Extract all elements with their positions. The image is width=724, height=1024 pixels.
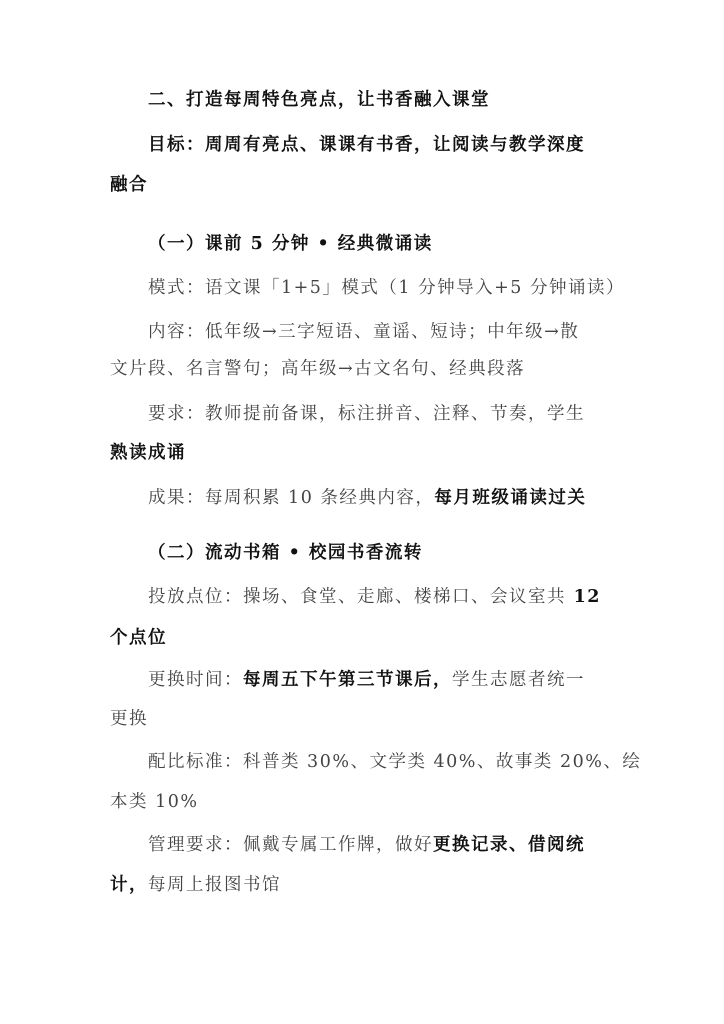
section-title: 二、打造每周特色亮点，让书香融入课堂 [148,88,490,112]
subsection-1-title: （一）课前 5 分钟 • 经典微诵读 [148,232,433,256]
goal-line-1: 目标：周周有亮点、课课有书香，让阅读与教学深度 [148,133,585,157]
time-line-1: 更换时间：每周五下午第三节课后，学生志愿者统一 [148,668,585,692]
mode-text: 模式：语文课「1+5」模式（1 分钟导入+5 分钟诵读） [148,276,625,300]
points-count: 12 [566,587,601,607]
management-line-1: 管理要求：佩戴专属工作牌，做好更换记录、借阅统 [148,833,585,857]
content-line-1: 内容：低年级→三字短语、童谣、短诗；中年级→散 [148,320,579,344]
time-bold: 每周五下午第三节课后， [243,670,452,690]
requirement-line-1: 要求：教师提前备课，标注拼音、注释、节奏，学生 [148,402,585,426]
content-line-2: 文片段、名言警句；高年级→古文名句、经典段落 [110,357,525,381]
result-text: 成果：每周积累 10 条经典内容， [148,488,434,508]
result-bold-text: 每月班级诵读过关 [434,488,586,508]
ratio-line-1: 配比标准：科普类 30%、文学类 40%、故事类 20%、绘 [148,750,641,774]
points-line-1: 投放点位：操场、食堂、走廊、楼梯口、会议室共 12 [148,585,601,609]
subsection-2-title: （二）流动书箱 • 校园书香流转 [148,541,423,565]
requirement-line-2: 熟读成诵 [110,441,186,465]
time-rest: 学生志愿者统一 [452,670,585,690]
management-line-2: 计，每周上报图书馆 [110,873,281,897]
result-line: 成果：每周积累 10 条经典内容，每月班级诵读过关 [148,486,586,510]
ratio-line-2: 本类 10% [110,790,198,814]
time-label: 更换时间： [148,670,243,690]
management-line2-bold: 计， [110,875,148,895]
points-text: 投放点位：操场、食堂、走廊、楼梯口、会议室共 [148,587,566,607]
management-text: 管理要求：佩戴专属工作牌，做好 [148,835,433,855]
time-line-2: 更换 [110,707,148,731]
goal-line-2: 融合 [110,173,148,197]
management-line2-rest: 每周上报图书馆 [148,875,281,895]
management-bold: 更换记录、借阅统 [433,835,585,855]
points-line-2: 个点位 [110,626,167,650]
